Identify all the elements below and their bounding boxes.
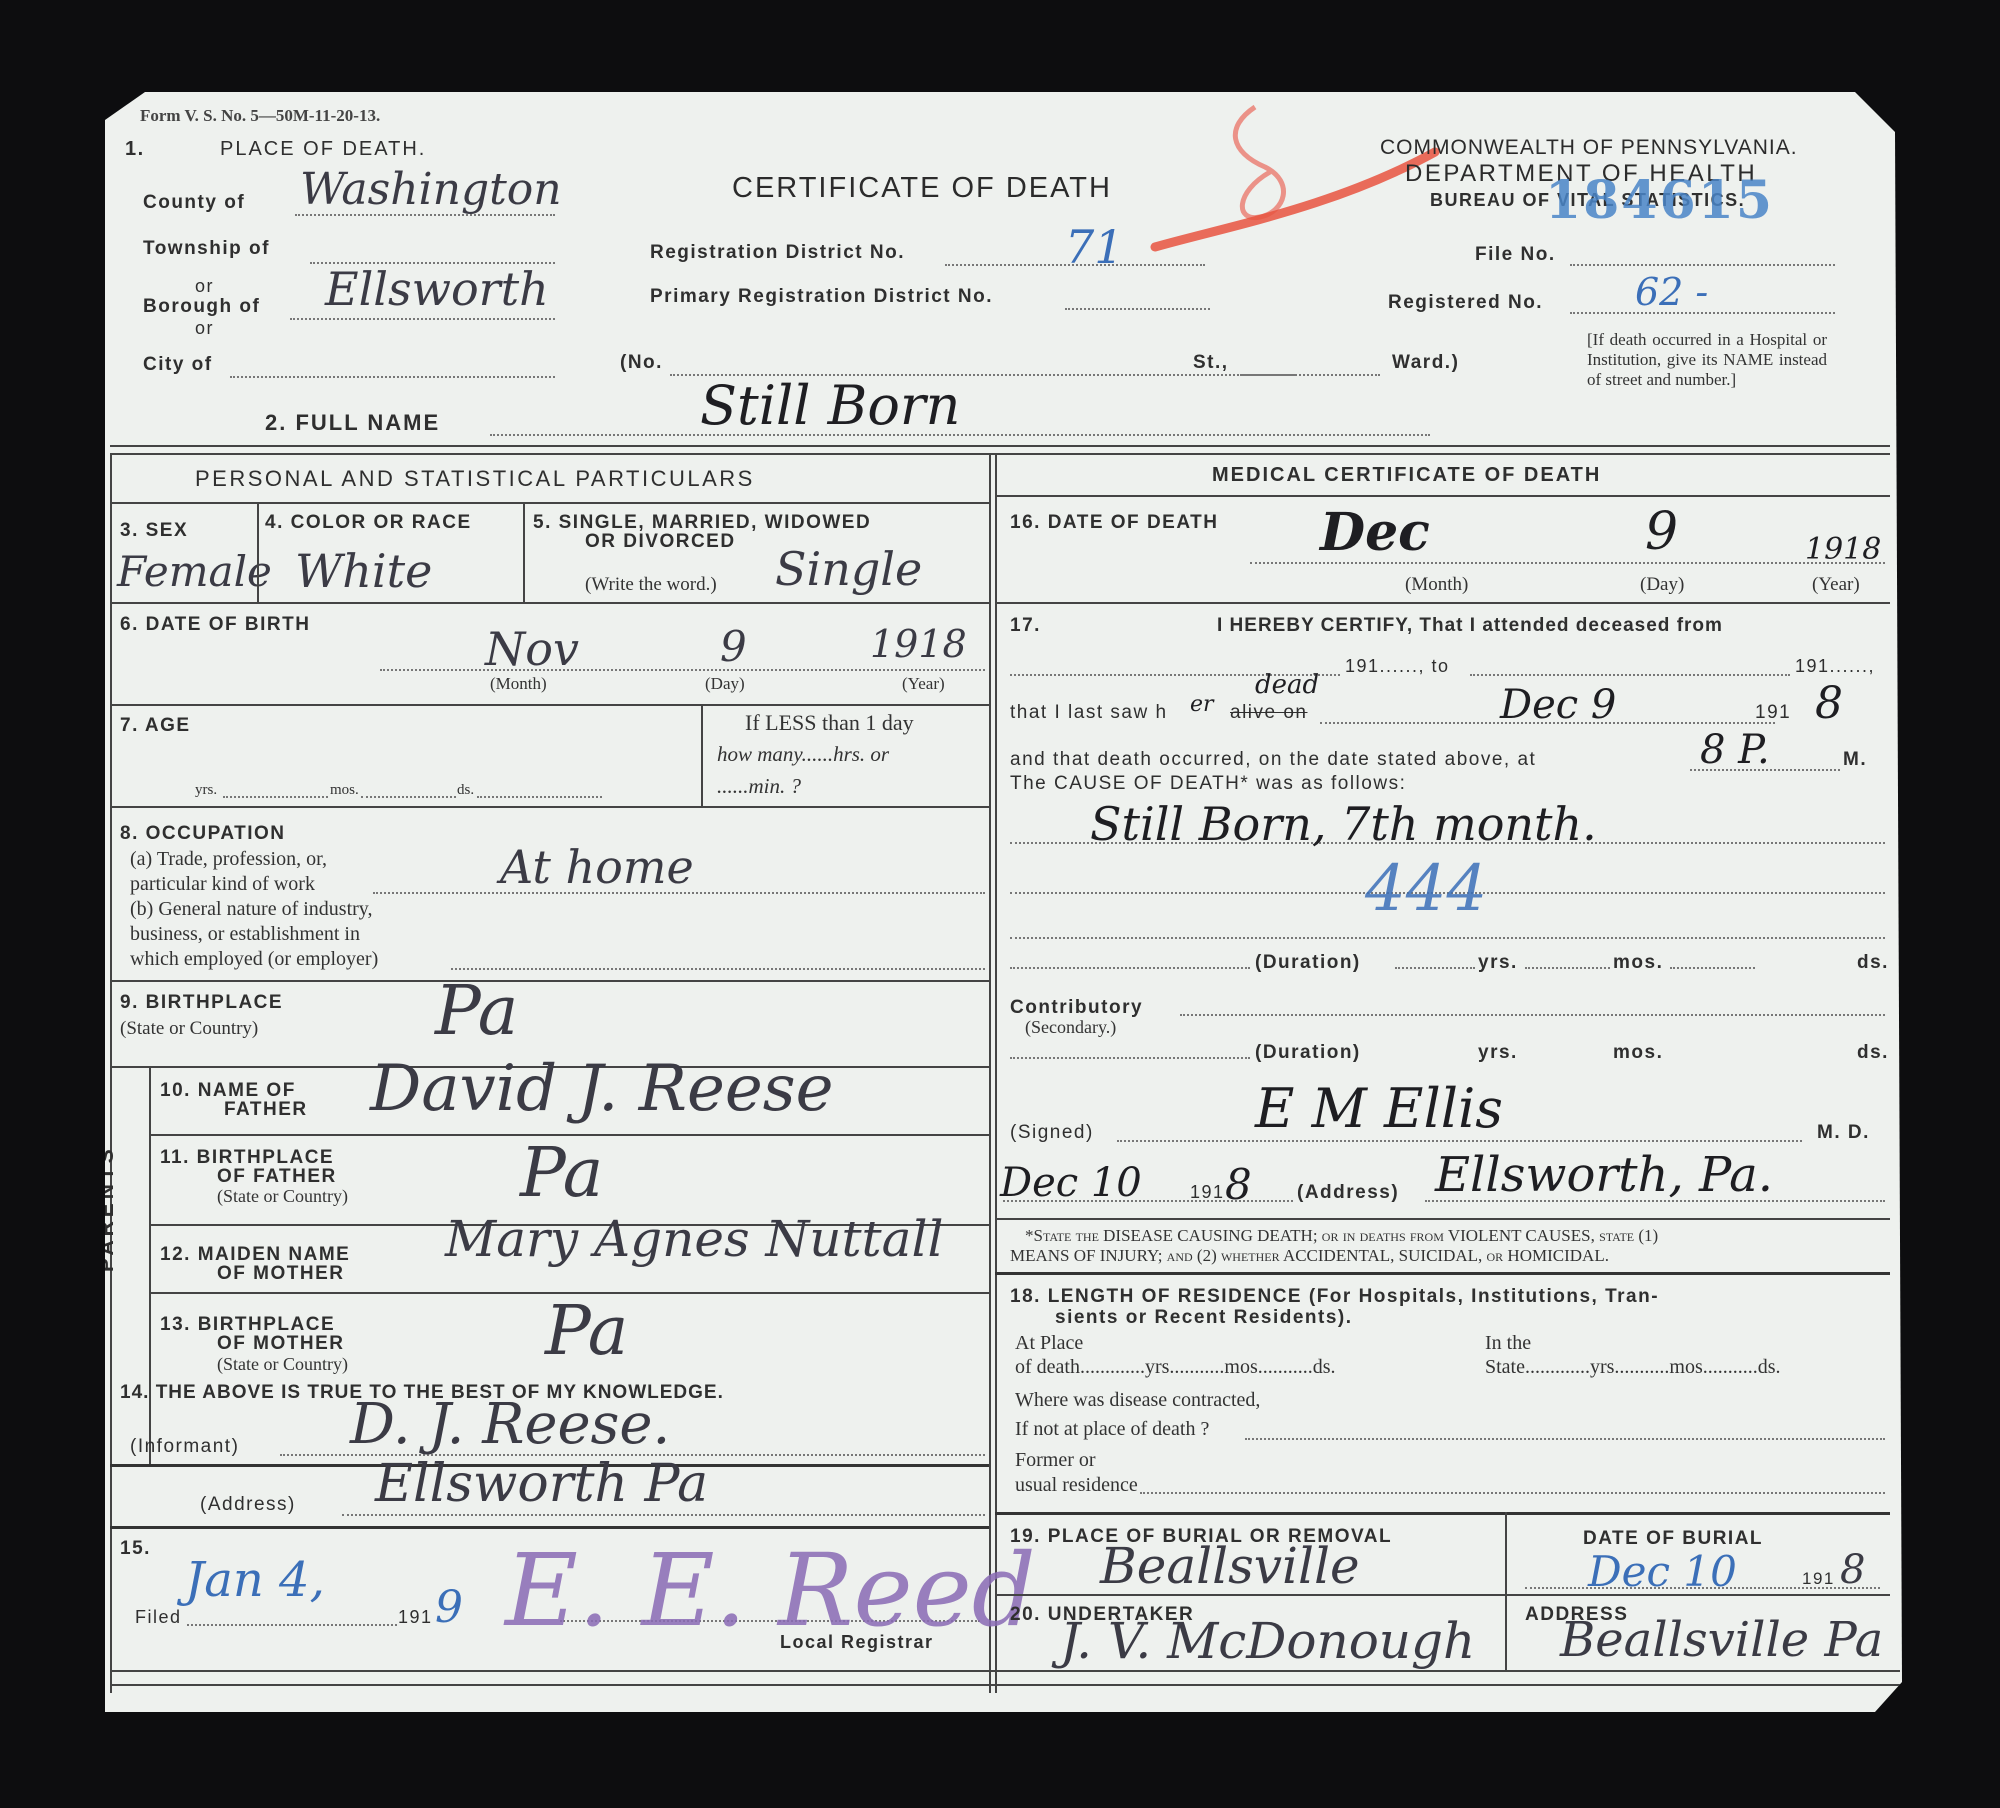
dod-month-caption: (Month)	[1405, 574, 1468, 596]
city-field-line	[230, 376, 555, 378]
dod-day-caption: (Day)	[1640, 574, 1684, 596]
occupation-label: 8. OCCUPATION	[120, 823, 286, 845]
last-saw-her: er	[1190, 692, 1214, 717]
secondary-label: (Secondary.)	[1025, 1017, 1116, 1038]
county-value: Washington	[300, 164, 562, 215]
father-birthplace-label-2: OF FATHER	[217, 1166, 337, 1188]
certificate-title: CERTIFICATE OF DEATH	[732, 172, 1112, 205]
full-name-value: Still Born	[700, 374, 960, 437]
occupation-a1: (a) Trade, profession, or,	[130, 848, 327, 871]
occupation-a2: particular kind of work	[130, 873, 315, 896]
race-label: 4. COLOR OR RACE	[265, 512, 472, 534]
street-label: St.,	[1193, 352, 1229, 374]
dob-line	[380, 669, 985, 671]
race-value: White	[295, 544, 432, 598]
age-label: 7. AGE	[120, 715, 191, 737]
age-mos-line	[361, 796, 456, 798]
signed-line	[1117, 1140, 1802, 1142]
occupation-b2: business, or establishment in	[130, 923, 360, 946]
borough-field-line	[290, 318, 555, 320]
certify-text: I HEREBY CERTIFY, That I attended deceas…	[1217, 615, 1723, 637]
cell-divider	[701, 704, 703, 806]
column-divider-right	[995, 453, 997, 1693]
registered-no-value: 62 -	[1635, 270, 1708, 314]
former-residence-label-2: usual residence	[1015, 1474, 1138, 1497]
age-ds: ds.	[457, 782, 474, 799]
row-line	[110, 806, 989, 808]
informant-address-line	[342, 1514, 985, 1516]
attended-from-year: 191......, to	[1345, 656, 1450, 677]
filed-label: Filed	[135, 1607, 182, 1628]
duration-yrs-2: yrs.	[1478, 1042, 1518, 1064]
filed-date-line	[187, 1624, 397, 1626]
marital-hint: (Write the word.)	[585, 574, 717, 596]
dob-year: 1918	[870, 622, 967, 666]
form-number: Form V. S. No. 5—50M-11-20-13.	[140, 106, 380, 126]
township-label: Township of	[143, 238, 270, 260]
mother-birthplace-hint: (State or Country)	[217, 1354, 348, 1375]
certify-number: 17.	[1010, 615, 1041, 637]
row-line	[110, 1526, 989, 1529]
contracted-line	[1245, 1438, 1885, 1440]
footnote-line-1: *State the DISEASE CAUSING DEATH; or in …	[1025, 1226, 1658, 1246]
occupation-value: At home	[500, 840, 694, 894]
section-1-number: 1.	[125, 138, 145, 161]
age-ds-line	[477, 796, 602, 798]
duration-label-2: (Duration)	[1255, 1042, 1361, 1064]
file-no-line	[1570, 264, 1835, 266]
burial-year-suffix: 8	[1840, 1547, 1865, 1593]
occupation-b-line	[451, 968, 985, 970]
filed-date-value: Jan 4,	[185, 1552, 325, 1608]
last-saw-label: that I last saw h	[1010, 702, 1168, 724]
death-time-label: and that death occurred, on the date sta…	[1010, 749, 1536, 771]
informant-label: (Informant)	[130, 1436, 239, 1458]
at-place-fields: of death.............yrs...........mos..…	[1015, 1356, 1336, 1379]
or-label-2: or	[195, 318, 214, 339]
registered-no-label: Registered No.	[1388, 292, 1543, 314]
signed-date-value: Dec 10	[1000, 1160, 1142, 1206]
death-time-meridian: M.	[1843, 749, 1867, 771]
date-of-death-day: 9	[1645, 502, 1678, 562]
less-than-day-line2: how many......hrs. or	[717, 742, 889, 767]
occupation-b1: (b) General nature of industry,	[130, 898, 373, 921]
signed-year-suffix: 8	[1225, 1160, 1252, 1209]
filed-year-prefix: 191	[398, 1607, 433, 1628]
birthplace-hint: (State or Country)	[120, 1018, 258, 1040]
occupation-b3: which employed (or employer)	[130, 948, 378, 971]
undertaker-address-value: Beallsville Pa	[1560, 1612, 1883, 1668]
column-divider-left	[989, 453, 991, 1693]
dob-month: Nov	[485, 622, 579, 676]
left-border	[110, 453, 112, 1693]
duration-label: (Duration)	[1255, 952, 1361, 974]
or-label-1: or	[195, 276, 214, 297]
borough-label: Borough of	[143, 296, 260, 318]
death-certificate: Form V. S. No. 5—50M-11-20-13. 1. PLACE …	[105, 92, 1902, 1712]
in-state-fields: State.............yrs...........mos.....…	[1485, 1356, 1781, 1379]
cause-line-3	[1010, 937, 1885, 939]
parents-vertical-label: PARENTS	[95, 1145, 119, 1272]
parents-divider	[149, 1066, 151, 1464]
registration-district-label: Registration District No.	[650, 242, 905, 264]
last-saw-alive-struck: alive on	[1230, 702, 1308, 724]
duration-ds-line	[1670, 967, 1755, 969]
father-label-2: FATHER	[224, 1099, 308, 1121]
filed-year-suffix: 9	[435, 1582, 463, 1633]
duration-mos-2: mos.	[1613, 1042, 1663, 1064]
registrar-signature: E. E. Reed	[505, 1532, 1036, 1649]
duration-mos: mos.	[1613, 952, 1663, 974]
age-yrs-line	[223, 796, 328, 798]
physician-address-label: (Address)	[1297, 1182, 1399, 1204]
duration-ds-2: ds.	[1857, 1042, 1889, 1064]
attended-to-year: 191......,	[1795, 656, 1875, 677]
duration-yrs: yrs.	[1478, 952, 1518, 974]
last-saw-dead: dead	[1255, 670, 1319, 700]
duration-line-2	[1010, 1057, 1250, 1059]
place-of-death-heading: PLACE OF DEATH.	[220, 138, 426, 161]
signed-year-prefix: 191	[1190, 1182, 1225, 1203]
primary-registration-label: Primary Registration District No.	[650, 286, 993, 308]
informant-address-value: Ellsworth Pa	[375, 1454, 708, 1514]
registration-district-value: 71	[1065, 220, 1124, 274]
medical-heading: MEDICAL CERTIFICATE OF DEATH	[1212, 464, 1601, 487]
row-line	[995, 1272, 1890, 1275]
full-name-label: 2. FULL NAME	[265, 410, 440, 436]
md-label: M. D.	[1817, 1122, 1870, 1144]
row-line	[995, 602, 1890, 604]
death-time-value: 8 P.	[1700, 727, 1770, 773]
city-label: City of	[143, 354, 213, 376]
local-registrar-label: Local Registrar	[780, 1632, 934, 1653]
residence-label-2: sients or Recent Residents).	[1055, 1307, 1353, 1329]
burial-date-value: Dec 10	[1588, 1547, 1737, 1596]
less-than-day-line3: ......min. ?	[717, 774, 801, 799]
row-line	[995, 1594, 1890, 1596]
dob-label: 6. DATE OF BIRTH	[120, 614, 310, 636]
duration-line	[1010, 967, 1250, 969]
primary-registration-line	[1065, 308, 1210, 310]
dod-year-caption: (Year)	[1812, 574, 1860, 596]
cell-divider	[257, 502, 259, 602]
less-than-day-line1: If LESS than 1 day	[745, 710, 914, 736]
row-line	[995, 1512, 1890, 1515]
signed-label: (Signed)	[1010, 1122, 1094, 1144]
header-divider-top	[110, 445, 1890, 447]
contributory-line	[1180, 1014, 1885, 1016]
mother-birthplace-value: Pa	[545, 1292, 628, 1371]
file-no-label: File No.	[1475, 244, 1556, 266]
county-label: County of	[143, 192, 245, 214]
dob-day-caption: (Day)	[705, 674, 745, 694]
cause-code-stamp: 444	[1365, 852, 1487, 926]
age-yrs: yrs.	[195, 782, 217, 799]
last-saw-year-suffix: 8	[1815, 678, 1843, 729]
informant-address-label: (Address)	[200, 1494, 296, 1516]
row-line	[110, 502, 989, 504]
informant-value: D. J. Reese.	[350, 1392, 670, 1457]
age-mos: mos.	[330, 782, 359, 799]
at-place-label: At Place	[1015, 1332, 1083, 1355]
burial-divider	[1505, 1512, 1507, 1672]
borough-value: Ellsworth	[325, 262, 549, 316]
date-of-death-month: Dec	[1320, 502, 1430, 563]
attended-to-line	[1470, 674, 1790, 676]
residence-label: 18. LENGTH OF RESIDENCE (For Hospitals, …	[1010, 1286, 1659, 1308]
birthplace-label: 9. BIRTHPLACE	[120, 992, 283, 1014]
marital-label-2: OR DIVORCED	[585, 531, 736, 553]
last-saw-year-prefix: 191	[1755, 702, 1791, 724]
father-birthplace-hint: (State or Country)	[217, 1186, 348, 1207]
file-stamp-number: 184615	[1545, 170, 1774, 231]
birthplace-value: Pa	[435, 972, 518, 1051]
sex-label: 3. SEX	[120, 520, 188, 542]
dob-year-caption: (Year)	[902, 674, 945, 694]
sex-value: Female	[117, 547, 272, 596]
bottom-divider-bottom	[110, 1684, 1900, 1686]
father-name-value: David J. Reese	[370, 1052, 833, 1126]
cause-of-death-label: The CAUSE OF DEATH* was as follows:	[1010, 773, 1406, 795]
filed-section-number: 15.	[120, 1538, 151, 1560]
hospital-note: [If death occurred in a Hospital or Inst…	[1587, 330, 1827, 390]
contracted-label-1: Where was disease contracted,	[1015, 1389, 1260, 1412]
street-number-label: (No.	[620, 352, 663, 374]
burial-place-value: Beallsville	[1100, 1537, 1360, 1595]
burial-year-prefix: 191	[1802, 1569, 1835, 1589]
duration-mos-line	[1525, 967, 1610, 969]
footnote-line-2: MEANS OF INJURY; and (2) whether ACCIDEN…	[1010, 1246, 1609, 1266]
physician-address-value: Ellsworth, Pa.	[1435, 1147, 1773, 1203]
mother-name-value: Mary Agnes Nuttall	[445, 1210, 943, 1268]
last-saw-date: Dec 9	[1500, 682, 1616, 728]
agency-commonwealth: COMMONWEALTH OF PENNSYLVANIA.	[1380, 136, 1798, 160]
header-divider-bottom	[110, 453, 1890, 455]
father-birthplace-value: Pa	[520, 1134, 603, 1213]
mother-name-label-2: OF MOTHER	[217, 1263, 345, 1285]
contributory-label: Contributory	[1010, 997, 1143, 1019]
row-line	[110, 704, 989, 706]
marital-value: Single	[775, 542, 922, 596]
mother-birthplace-label-2: OF MOTHER	[217, 1333, 345, 1355]
former-residence-label-1: Former or	[1015, 1449, 1096, 1472]
row-line	[995, 495, 1890, 497]
duration-ds: ds.	[1857, 952, 1889, 974]
ward-line	[1240, 374, 1380, 376]
duration-yrs-line	[1395, 967, 1475, 969]
dob-day: 9	[720, 622, 747, 671]
ward-label: Ward.)	[1392, 352, 1459, 374]
date-of-death-label: 16. DATE OF DEATH	[1010, 512, 1218, 534]
bottom-divider-top	[110, 1670, 1900, 1672]
contracted-label-2: If not at place of death ?	[1015, 1418, 1209, 1441]
cell-divider	[523, 502, 525, 602]
personal-particulars-heading: PERSONAL AND STATISTICAL PARTICULARS	[195, 466, 755, 492]
undertaker-value: J. V. McDonough	[1060, 1612, 1475, 1670]
physician-signature: E M Ellis	[1255, 1077, 1503, 1140]
row-line	[995, 1218, 1890, 1220]
former-residence-line	[1140, 1492, 1885, 1494]
row-line	[110, 602, 989, 604]
in-state-label: In the	[1485, 1332, 1531, 1355]
cause-of-death-value: Still Born, 7th month.	[1090, 797, 1597, 851]
dob-month-caption: (Month)	[490, 674, 547, 694]
date-of-death-year: 1918	[1805, 532, 1881, 567]
row-line	[110, 980, 989, 982]
